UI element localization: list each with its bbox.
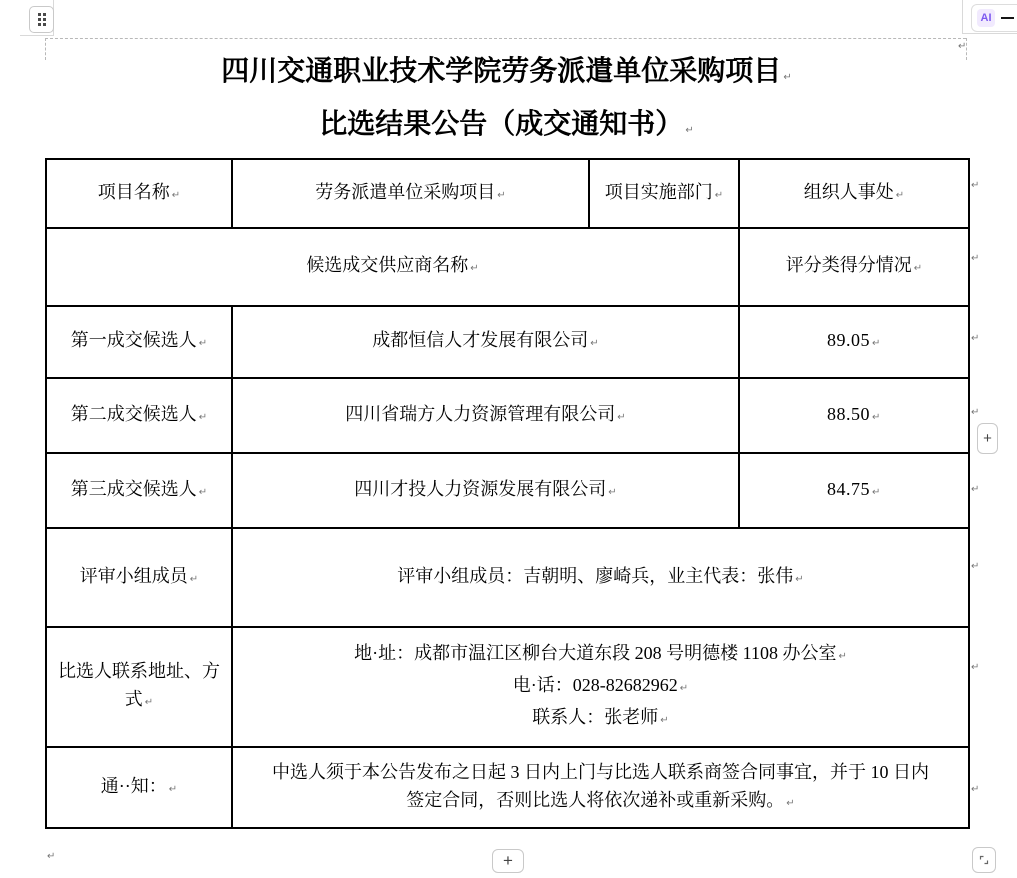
- paragraph-mark: ↵: [914, 263, 922, 274]
- cell-candidate-3-score[interactable]: 84.75↵: [739, 453, 969, 528]
- end-of-row-mark: ↵: [971, 407, 979, 418]
- paragraph-mark: ↵: [872, 338, 881, 349]
- add-column-button[interactable]: +: [977, 423, 998, 454]
- cell-candidate-3-name[interactable]: 四川才投人力资源发展有限公司↵: [232, 453, 739, 528]
- cell-dept-label[interactable]: 项目实施部门↵: [589, 159, 739, 228]
- paragraph-mark: ↵: [172, 190, 180, 201]
- paragraph-mark: ↵: [872, 412, 881, 423]
- cell-supplier-column-header[interactable]: 候选成交供应商名称↵: [46, 228, 739, 306]
- cell-dept-value[interactable]: 组织人事处↵: [739, 159, 969, 228]
- end-of-row-mark: ↵: [971, 662, 979, 673]
- table-row: 第二成交候选人↵ 四川省瑞方人力资源管理有限公司↵ 88.50↵: [46, 378, 969, 453]
- paragraph-mark: ↵: [608, 487, 616, 498]
- table-row: 比选人联系地址、方式↵ 地·址：成都市温江区柳台大道东段 208 号明德楼 11…: [46, 627, 969, 747]
- paragraph-mark: ↵: [715, 190, 723, 201]
- document-title[interactable]: 四川交通职业技术学院劳务派遣单位采购项目↵ 比选结果公告（成交通知书）↵: [45, 48, 968, 154]
- cell-candidate-1-rank[interactable]: 第一成交候选人↵: [46, 306, 232, 378]
- end-of-row-mark: ↵: [971, 561, 979, 572]
- resize-corners-icon: [978, 854, 990, 866]
- chrome-divider-right-horizontal: [962, 33, 1017, 34]
- paragraph-mark: ↵: [795, 574, 803, 585]
- end-of-row-mark: ↵: [971, 180, 979, 191]
- cell-candidate-2-name[interactable]: 四川省瑞方人力资源管理有限公司↵: [232, 378, 739, 453]
- notice-line-2: 签定合同，否则比选人将依次递补或重新采购。↵: [241, 786, 960, 818]
- table-resize-handle-button[interactable]: [972, 847, 996, 873]
- paragraph-mark: ↵: [872, 487, 881, 498]
- paragraph-mark: ↵: [685, 125, 693, 136]
- cell-contact-info[interactable]: 地·址：成都市温江区柳台大道东段 208 号明德楼 1108 办公室↵ 电·话：…: [232, 627, 969, 747]
- paragraph-mark: ↵: [590, 338, 598, 349]
- notice-line-1: 中选人须于本公告发布之日起 3 日内上门与比选人联系商签合同事宜，并于 10 日…: [241, 758, 960, 786]
- contact-address-line: 地·址：成都市温江区柳台大道东段 208 号明德楼 1108 办公室↵: [241, 639, 960, 671]
- add-row-button[interactable]: +: [492, 849, 524, 873]
- table-row: 通··知：↵ 中选人须于本公告发布之日起 3 日内上门与比选人联系商签合同事宜，…: [46, 747, 969, 828]
- contact-phone-line: 电·话：028-82682962↵: [241, 671, 960, 703]
- table-row: 第一成交候选人↵ 成都恒信人才发展有限公司↵ 89.05↵: [46, 306, 969, 378]
- table-drag-handle-button[interactable]: [29, 6, 54, 33]
- paragraph-mark: ↵: [680, 683, 688, 694]
- result-announcement-table: 项目名称↵ 劳务派遣单位采购项目↵ 项目实施部门↵ 组织人事处↵ 候选成交供应商…: [45, 158, 970, 829]
- cell-notice-label[interactable]: 通··知：↵: [46, 747, 232, 828]
- cell-candidate-1-name[interactable]: 成都恒信人才发展有限公司↵: [232, 306, 739, 378]
- chrome-divider-right-vertical: [962, 0, 963, 33]
- cell-score-column-header[interactable]: 评分类得分情况↵: [739, 228, 969, 306]
- paragraph-mark: ↵: [199, 412, 207, 423]
- title-line-2[interactable]: 比选结果公告（成交通知书）↵: [45, 101, 968, 154]
- paragraph-mark: ↵: [896, 190, 904, 201]
- paragraph-mark: ↵: [470, 263, 478, 274]
- table-row: 项目名称↵ 劳务派遣单位采购项目↵ 项目实施部门↵ 组织人事处↵: [46, 159, 969, 228]
- cell-contact-label[interactable]: 比选人联系地址、方式↵: [46, 627, 232, 747]
- contact-person-line: 联系人：张老师↵: [241, 703, 960, 735]
- paragraph-mark: ↵: [786, 798, 794, 809]
- paragraph-mark: ↵: [199, 338, 207, 349]
- paragraph-mark: ↵: [199, 487, 207, 498]
- table-row: 第三成交候选人↵ 四川才投人力资源发展有限公司↵ 84.75↵: [46, 453, 969, 528]
- chrome-divider-left-horizontal: [20, 35, 54, 36]
- end-of-row-mark: ↵: [971, 253, 979, 264]
- document-editor-canvas: { "colors": { "table_border": "#000000",…: [0, 0, 1017, 878]
- drag-dots-icon: [38, 13, 46, 26]
- paragraph-mark: ↵: [145, 697, 153, 708]
- table-row: 候选成交供应商名称↵ 评分类得分情况↵: [46, 228, 969, 306]
- paragraph-mark: ↵: [169, 784, 177, 795]
- text-boundary-top: [45, 38, 966, 39]
- ai-toolbar-chip[interactable]: AI: [971, 4, 1017, 32]
- cell-review-members[interactable]: 评审小组成员：吉朝明、廖崎兵，业主代表：张伟↵: [232, 528, 969, 627]
- clipped-toolbar-dash-icon: [1001, 17, 1014, 19]
- title-line-1[interactable]: 四川交通职业技术学院劳务派遣单位采购项目↵: [45, 48, 968, 101]
- paragraph-mark: ↵: [617, 412, 625, 423]
- cell-candidate-1-score[interactable]: 89.05↵: [739, 306, 969, 378]
- ai-icon[interactable]: AI: [977, 9, 995, 27]
- table-row: 评审小组成员↵ 评审小组成员：吉朝明、廖崎兵，业主代表：张伟↵: [46, 528, 969, 627]
- cell-project-name-value[interactable]: 劳务派遣单位采购项目↵: [232, 159, 589, 228]
- end-of-row-mark: ↵: [971, 784, 979, 795]
- paragraph-mark: ↵: [660, 715, 668, 726]
- cell-notice-text[interactable]: 中选人须于本公告发布之日起 3 日内上门与比选人联系商签合同事宜，并于 10 日…: [232, 747, 969, 828]
- paragraph-mark: ↵: [838, 651, 846, 662]
- cell-candidate-3-rank[interactable]: 第三成交候选人↵: [46, 453, 232, 528]
- cell-candidate-2-score[interactable]: 88.50↵: [739, 378, 969, 453]
- cell-project-name-label[interactable]: 项目名称↵: [46, 159, 232, 228]
- end-of-row-mark: ↵: [971, 333, 979, 344]
- cell-review-label[interactable]: 评审小组成员↵: [46, 528, 232, 627]
- paragraph-mark: ↵: [497, 190, 505, 201]
- end-of-row-mark: ↵: [971, 484, 979, 495]
- paragraph-mark: ↵: [190, 574, 198, 585]
- paragraph-mark: ↵: [47, 851, 55, 862]
- cell-candidate-2-rank[interactable]: 第二成交候选人↵: [46, 378, 232, 453]
- paragraph-mark: ↵: [783, 72, 791, 83]
